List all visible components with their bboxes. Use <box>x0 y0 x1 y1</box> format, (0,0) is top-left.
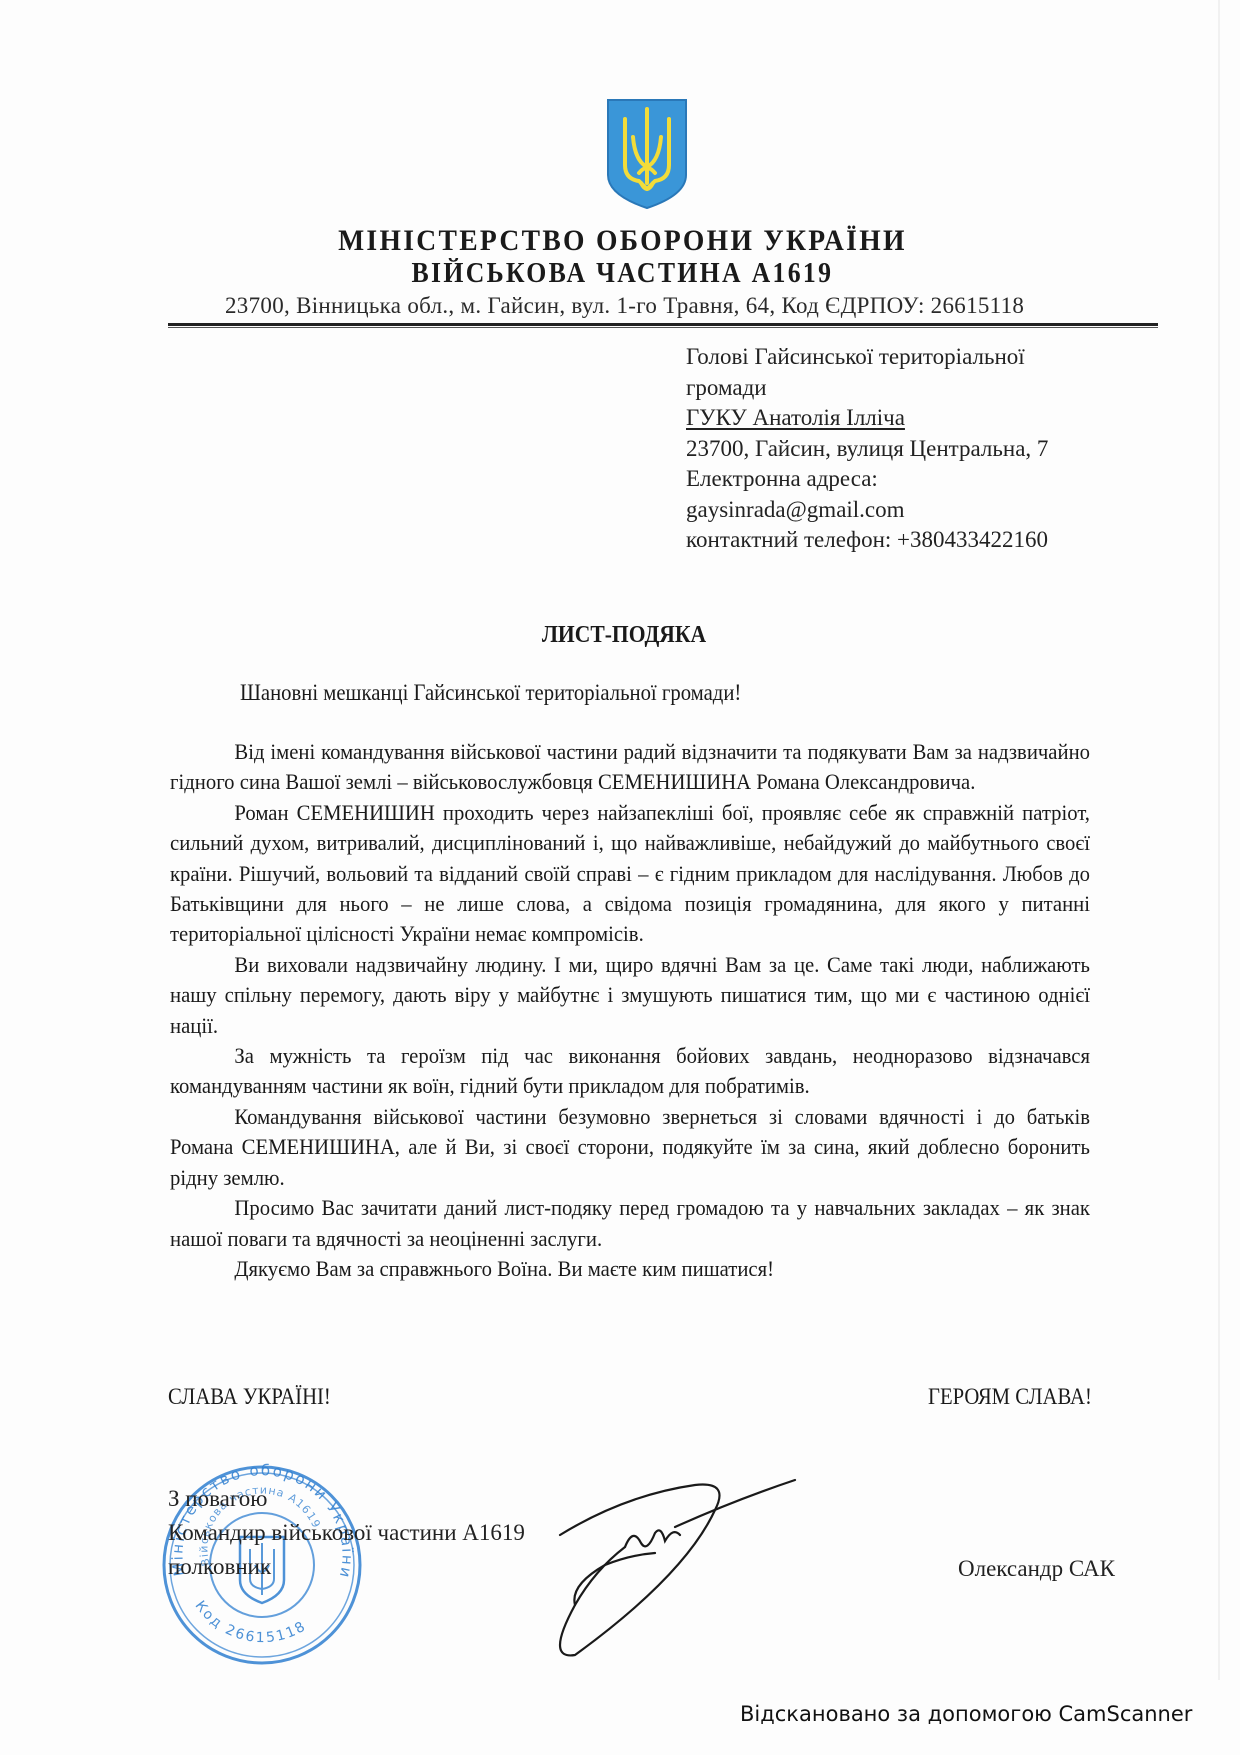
camscanner-watermark: Відскановано за допомогою CamScanner <box>740 1702 1192 1726</box>
recipient-phone: контактний телефон: +380433422160 <box>686 525 1106 556</box>
ministry-title: МІНІСТЕРСТВО ОБОРОНИ УКРАЇНИ <box>52 224 1193 258</box>
greeting: Шановні мешканці Гайсинської територіаль… <box>240 680 741 706</box>
paragraph: Командування військової частини безумовн… <box>170 1102 1090 1193</box>
closing: З повагою <box>168 1482 525 1516</box>
recipient-line: громади <box>686 373 1106 404</box>
recipient-email-label: Електронна адреса: <box>686 464 1106 495</box>
recipient-email: gaysinrada@gmail.com <box>686 495 1106 526</box>
recipient-line: Голові Гайсинської територіальної <box>686 342 1106 373</box>
header-divider <box>168 323 1158 326</box>
recipient-name: ГУКУ Анатолія Ілліча <box>686 403 1106 434</box>
letter-body: Від імені командування військової частин… <box>170 737 1090 1284</box>
coat-of-arms-icon <box>605 97 689 211</box>
unit-title: ВІЙСЬКОВА ЧАСТИНА А1619 <box>52 258 1193 290</box>
svg-text:Код 26615118: Код 26615118 <box>192 1598 310 1646</box>
slogan-glory-ukraine: СЛАВА УКРАЇНІ! <box>168 1384 331 1410</box>
recipient-block: Голові Гайсинської територіальної громад… <box>686 342 1106 556</box>
header-divider-thin <box>168 327 1158 328</box>
handwritten-signature-icon <box>515 1455 815 1660</box>
recipient-address: 23700, Гайсин, вулиця Центральна, 7 <box>686 434 1106 465</box>
paragraph: Ви виховали надзвичайну людину. І ми, щи… <box>170 950 1090 1041</box>
signer-name: Олександр САК <box>958 1556 1115 1582</box>
sender-address: 23700, Вінницька обл., м. Гайсин, вул. 1… <box>225 293 1105 319</box>
signer-rank: полковник <box>168 1550 525 1584</box>
paragraph: За мужність та героїзм під час виконання… <box>170 1041 1090 1102</box>
letter-page: МІНІСТЕРСТВО ОБОРОНИ УКРАЇНИ ВІЙСЬКОВА Ч… <box>0 0 1240 1755</box>
signer-position: Командир військової частини А1619 <box>168 1516 525 1550</box>
paragraph: Роман СЕМЕНИШИН проходить через найзапек… <box>170 798 1090 950</box>
paragraph: Дякуємо Вам за справжнього Воїна. Ви має… <box>170 1254 1090 1284</box>
slogan-glory-heroes: ГЕРОЯМ СЛАВА! <box>928 1384 1092 1410</box>
document-title: ЛИСТ-ПОДЯКА <box>66 622 1182 649</box>
paragraph: Просимо Вас зачитати даний лист-подяку п… <box>170 1193 1090 1254</box>
scan-edge <box>1218 0 1220 1680</box>
paragraph: Від імені командування військової частин… <box>170 737 1090 798</box>
signature-block: З повагою Командир військової частини А1… <box>168 1482 525 1584</box>
